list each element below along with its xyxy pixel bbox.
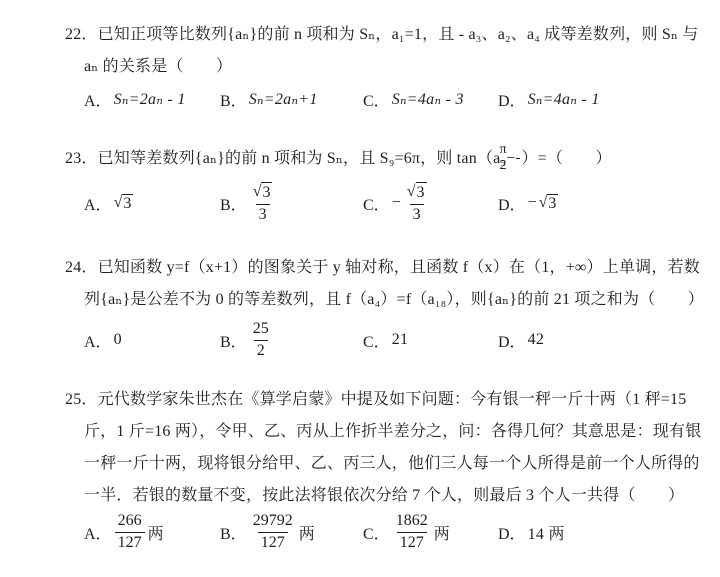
radical-sign: √ bbox=[253, 182, 262, 202]
option-a: A．√3 bbox=[84, 192, 220, 215]
question-25-options: A．266127两 B．29792127两 C．1862127两 D．14 两 bbox=[84, 508, 720, 556]
fraction-numerator: √3 bbox=[404, 182, 430, 204]
option-label: C． bbox=[363, 329, 390, 352]
option-label: C． bbox=[363, 521, 390, 544]
question-25-stem-line-4: 一半．若银的数量不变，按此法将银依次分给 7 个人，则最后 3 个人一共得（ ） bbox=[84, 480, 720, 512]
option-label: D． bbox=[498, 88, 526, 111]
question-number: 22． bbox=[65, 26, 98, 43]
radicand: 3 bbox=[122, 194, 133, 213]
option-formula: Sₙ=2aₙ+1 bbox=[249, 89, 318, 109]
fraction-denominator: 127 bbox=[258, 532, 288, 553]
radical: √3 bbox=[253, 182, 273, 203]
question-22-options: A．Sₙ=2aₙ - 1 B．Sₙ=2aₙ+1 C．Sₙ=4aₙ - 3 D．S… bbox=[84, 83, 720, 115]
option-d: D．14 两 bbox=[498, 521, 565, 544]
option-label: B． bbox=[220, 521, 247, 544]
minus-sign: − bbox=[392, 194, 401, 212]
exam-page: 22．已知正项等比数列{aₙ}的前 n 项和为 Sₙ，a₁=1，且 - a₃、a… bbox=[0, 0, 720, 577]
radical-sign: √ bbox=[114, 194, 123, 212]
radical: √3 bbox=[114, 194, 134, 213]
fraction-numerator: 266 bbox=[115, 511, 145, 532]
option-label: A． bbox=[84, 329, 112, 352]
option-a: A．0 bbox=[84, 329, 220, 352]
option-label: D． bbox=[498, 521, 526, 544]
question-25-stem-line-1: 25．元代数学家朱世杰在《算学启蒙》中提及如下问题：今有银一秤一斤十两（1 秤=… bbox=[84, 384, 720, 416]
question-number: 23． bbox=[65, 150, 98, 167]
stem-text: 已知正项等比数列{aₙ}的前 n 项和为 Sₙ，a₁=1，且 - a₃、a₂、a… bbox=[98, 26, 699, 43]
option-c: C．Sₙ=4aₙ - 3 bbox=[363, 88, 498, 111]
option-label: A． bbox=[84, 192, 112, 215]
radical-sign: √ bbox=[407, 182, 416, 202]
option-label: B． bbox=[220, 192, 247, 215]
fraction: √33 bbox=[250, 182, 276, 224]
stem-text: ）=（ ） bbox=[521, 150, 611, 167]
option-d: D．Sₙ=4aₙ - 1 bbox=[498, 88, 600, 111]
radical-sign: √ bbox=[539, 194, 548, 212]
minus-sign: − bbox=[528, 194, 537, 212]
question-25-stem-line-3: 一秤一斤十两，现将银分给甲、乙、丙三人，他们三人每一个人所得是前一个人所得的 bbox=[84, 448, 720, 480]
option-a: A．266127两 bbox=[84, 511, 220, 552]
question-25: 25．元代数学家朱世杰在《算学启蒙》中提及如下问题：今有银一秤一斤十两（1 秤=… bbox=[0, 384, 720, 556]
fraction: 252 bbox=[250, 319, 272, 360]
fraction: 29792127 bbox=[250, 511, 296, 552]
option-value: 42 bbox=[528, 331, 545, 349]
fraction-numerator: 29792 bbox=[250, 511, 296, 532]
option-c: C．21 bbox=[363, 329, 498, 352]
fraction-denominator: 127 bbox=[115, 532, 145, 553]
fraction-numerator: √3 bbox=[250, 182, 276, 204]
fraction-denominator: 3 bbox=[410, 204, 424, 225]
fraction: √33 bbox=[404, 182, 430, 224]
question-number: 24． bbox=[65, 259, 98, 276]
option-formula: Sₙ=4aₙ - 3 bbox=[392, 89, 464, 109]
fraction-denominator: 127 bbox=[397, 532, 427, 553]
option-formula: Sₙ=2aₙ - 1 bbox=[114, 89, 186, 109]
option-value: 21 bbox=[392, 331, 409, 349]
option-label: B． bbox=[220, 329, 247, 352]
radical: √3 bbox=[539, 194, 559, 213]
option-label: C． bbox=[363, 192, 390, 215]
question-24-stem-line-1: 24．已知函数 y=f（x+1）的图象关于 y 轴对称，且函数 f（x）在（1，… bbox=[84, 252, 720, 284]
question-number: 25． bbox=[65, 391, 98, 408]
fraction-numerator: π bbox=[516, 143, 520, 159]
option-value: 14 两 bbox=[528, 521, 565, 544]
question-25-stem-line-2: 斤，1 斤=16 两），令甲、乙、丙从上作折半差分之，问：各得几何？其意思是：现… bbox=[84, 416, 720, 448]
fraction: 1862127 bbox=[393, 511, 431, 552]
option-d: D．42 bbox=[498, 329, 544, 352]
question-24-options: A．0 B．252 C．21 D．42 bbox=[84, 316, 720, 364]
option-c: C．−√33 bbox=[363, 182, 498, 224]
fraction-numerator: 1862 bbox=[393, 511, 431, 532]
option-label: A． bbox=[84, 521, 112, 544]
question-22: 22．已知正项等比数列{aₙ}的前 n 项和为 Sₙ，a₁=1，且 - a₃、a… bbox=[0, 19, 720, 115]
question-24-stem-line-2: 列{aₙ}是公差不为 0 的等差数列，且 f（a₄）=f（a₁₈），则{aₙ}的… bbox=[84, 284, 720, 316]
option-c: C．1862127两 bbox=[363, 511, 498, 552]
option-b: B．29792127两 bbox=[220, 511, 363, 552]
stem-text: 元代数学家朱世杰在《算学启蒙》中提及如下问题：今有银一秤一斤十两（1 秤=15 bbox=[98, 391, 687, 408]
fraction-numerator: 25 bbox=[250, 319, 272, 340]
option-b: B．Sₙ=2aₙ+1 bbox=[220, 88, 363, 111]
stem-text: 已知函数 y=f（x+1）的图象关于 y 轴对称，且函数 f（x）在（1，+∞）… bbox=[98, 259, 700, 276]
fraction-denominator: 2 bbox=[516, 158, 520, 174]
question-22-stem-line-1: 22．已知正项等比数列{aₙ}的前 n 项和为 Sₙ，a₁=1，且 - a₃、a… bbox=[84, 19, 720, 51]
stem-text: 已知等差数列{aₙ}的前 n 项和为 Sₙ，且 S₉=6π，则 tan（a₅− bbox=[98, 150, 516, 167]
option-unit: 两 bbox=[148, 521, 164, 544]
fraction: π2 bbox=[516, 143, 520, 174]
question-22-stem-line-2: aₙ 的关系是（ ） bbox=[84, 51, 720, 83]
question-23-stem: 23．已知等差数列{aₙ}的前 n 项和为 Sₙ，且 S₉=6π，则 tan（a… bbox=[84, 143, 720, 175]
option-unit: 两 bbox=[434, 521, 450, 544]
fraction: 266127 bbox=[115, 511, 145, 552]
option-label: B． bbox=[220, 88, 247, 111]
option-label: A． bbox=[84, 88, 112, 111]
fraction-denominator: 3 bbox=[256, 204, 270, 225]
option-label: C． bbox=[363, 88, 390, 111]
radicand: 3 bbox=[416, 182, 427, 203]
option-unit: 两 bbox=[299, 521, 315, 544]
option-formula: Sₙ=4aₙ - 1 bbox=[528, 89, 600, 109]
option-b: B．252 bbox=[220, 319, 363, 360]
question-23: 23．已知等差数列{aₙ}的前 n 项和为 Sₙ，且 S₉=6π，则 tan（a… bbox=[0, 143, 720, 227]
option-a: A．Sₙ=2aₙ - 1 bbox=[84, 88, 220, 111]
fraction-denominator: 2 bbox=[254, 340, 268, 361]
option-label: D． bbox=[498, 329, 526, 352]
question-23-options: A．√3 B．√33 C．−√33 D．−√3 bbox=[84, 179, 720, 227]
option-d: D．−√3 bbox=[498, 192, 558, 215]
question-24: 24．已知函数 y=f（x+1）的图象关于 y 轴对称，且函数 f（x）在（1，… bbox=[0, 252, 720, 364]
radicand: 3 bbox=[547, 194, 558, 213]
option-label: D． bbox=[498, 192, 526, 215]
option-b: B．√33 bbox=[220, 182, 363, 224]
radical: √3 bbox=[407, 182, 427, 203]
option-value: 0 bbox=[114, 331, 122, 349]
radicand: 3 bbox=[261, 182, 272, 203]
